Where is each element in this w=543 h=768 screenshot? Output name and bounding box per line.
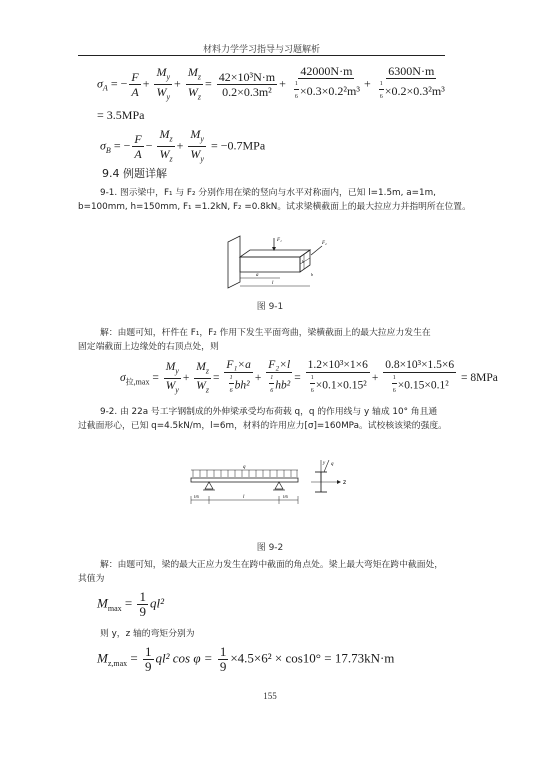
equation-m-max: Mmax = 19ql² (97, 590, 164, 619)
solution-2-line-2: 其值为 (78, 572, 104, 587)
header-divider (78, 55, 445, 56)
svg-text:l/6: l/6 (194, 494, 200, 499)
page-number: 155 (250, 691, 290, 701)
equation-sigma-a: σA = −FA+ MyWy+ MzWz= 42×10³N·m0.2×0.3m²… (97, 64, 449, 105)
svg-text:a: a (256, 273, 259, 278)
equation-mz-max: Mz,max = 19ql² cos φ = 19×4.5×6² × cos10… (97, 645, 394, 674)
fraction: 6300N·m16×0.2×0.3²m³ (376, 64, 447, 105)
svg-text:h: h (302, 259, 304, 264)
fraction: FA (129, 70, 140, 99)
svg-text:F₁: F₁ (276, 238, 282, 243)
eq-subscript: A (103, 84, 108, 93)
fraction: 42×10³N·m0.2×0.3m² (217, 70, 277, 99)
fraction: MzWz (186, 65, 203, 105)
svg-text:l: l (243, 495, 245, 500)
moment-intro-text: 则 y，z 轴的弯矩分别为 (100, 627, 195, 642)
svg-text:l/6: l/6 (283, 494, 289, 499)
equation-sigma-a-result: = 3.5MPa (97, 108, 144, 123)
equation-sigma-tension-max: σ拉,max = MyWy+ MzWz= F₁×a16bh²+ F₂×l16hb… (120, 358, 498, 399)
svg-text:y: y (322, 461, 326, 466)
figure-9-2-overhang-beam-diagram: q l/6 l l/6 z y q (185, 460, 355, 525)
solution-1-line-1: 解：由题可知，杆件在 F₁，F₂ 作用下发生平面弯曲，梁横截面上的最大拉应力发生… (100, 326, 431, 341)
section-heading: 9.4 例题详解 (102, 165, 167, 181)
problem-2-line-1: 9-2. 由 22a 号工字钢制成的外伸梁承受均布荷载 q，q 的作用线与 y … (100, 405, 437, 420)
figure-9-2-caption: 图 9-2 (225, 540, 315, 553)
figure-9-1-cantilever-diagram: F₁ F₂ a l b h (210, 230, 330, 300)
running-header: 材料力学学习指导与习题解析 (78, 42, 445, 55)
solution-2-line-1: 解：由题可知，梁的最大正应力发生在跨中截面的角点处。梁上最大弯矩在跨中截面处， (100, 558, 443, 573)
svg-text:z: z (343, 479, 346, 486)
equation-sigma-b: σB = −FA− MzWz+ MyWy = −0.7MPa (100, 127, 265, 167)
svg-text:l: l (272, 281, 274, 286)
problem-1-line-1: 9-1. 图示梁中，F₁ 与 F₂ 分别作用在梁的竖向与水平对称面内，已知 l=… (100, 186, 436, 201)
svg-text:q: q (331, 462, 334, 467)
svg-text:b: b (311, 272, 313, 277)
solution-1-line-2: 固定端截面上边缘处的右顶点处，则 (78, 340, 219, 355)
problem-1-line-2: b=100mm, h=150mm, F₁ =1.2kN, F₂ =0.8kN。试… (78, 200, 471, 215)
fraction: 42000N·m16×0.3×0.2²m³ (291, 64, 362, 105)
fraction: MyWy (154, 65, 172, 105)
figure-9-1-caption: 图 9-1 (225, 299, 315, 312)
problem-2-line-2: 过截面形心，已知 q=4.5kN/m，l=6m，材料的许用应力[σ]=160MP… (78, 419, 447, 434)
svg-text:F₂: F₂ (321, 241, 327, 246)
svg-text:q: q (243, 465, 246, 470)
